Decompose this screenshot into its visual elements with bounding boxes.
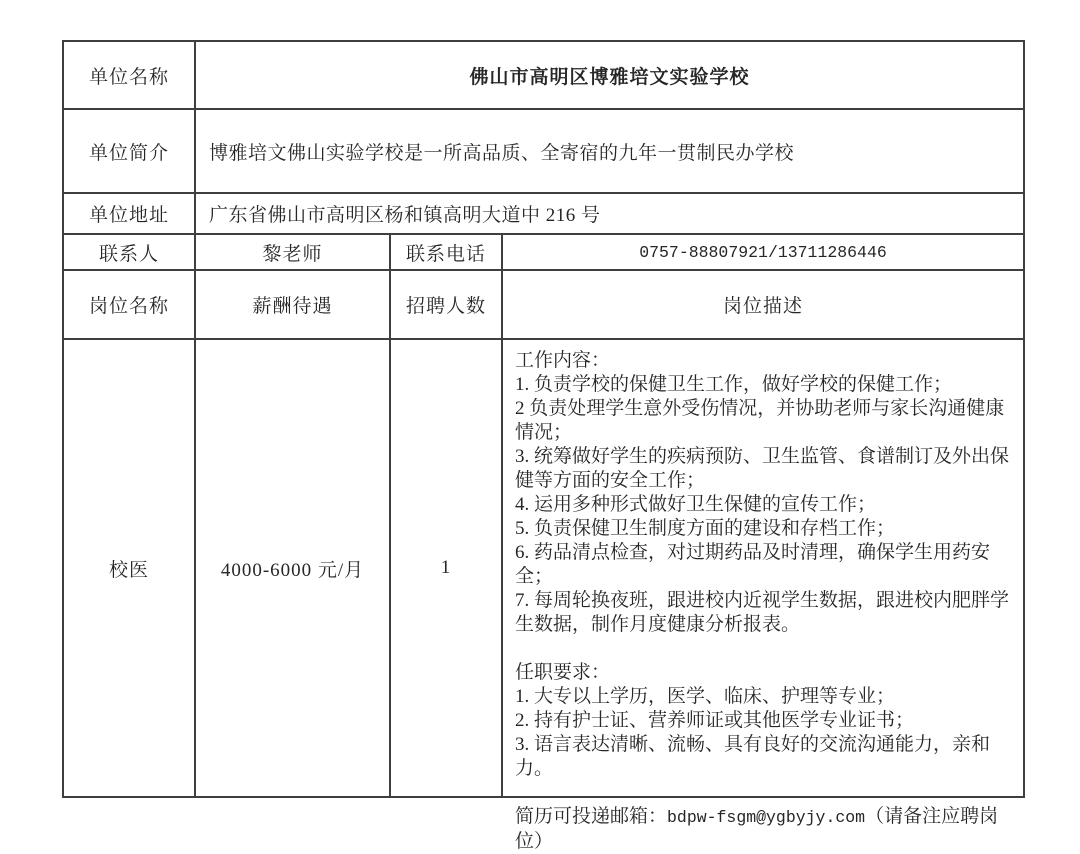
header-headcount: 招聘人数 bbox=[391, 271, 501, 338]
job-headcount: 1 bbox=[391, 340, 501, 796]
job-salary: 4000-6000 元/月 bbox=[196, 340, 389, 796]
work-item: 7. 每周轮换夜班，跟进校内近视学生数据，跟进校内肥胖学生数据，制作月度健康分析… bbox=[515, 589, 1011, 637]
requirement-item: 1. 大专以上学历，医学、临床、护理等专业； bbox=[515, 685, 1011, 709]
requirement-item: 2. 持有护士证、营养师证或其他医学专业证书； bbox=[515, 709, 1011, 733]
blank-line bbox=[515, 781, 1011, 805]
header-description: 岗位描述 bbox=[503, 271, 1023, 338]
work-item: 6. 药品清点检查，对过期药品及时清理，确保学生用药安全； bbox=[515, 541, 1011, 589]
work-item: 3. 统筹做好学生的疾病预防、卫生监管、食谱制订及外出保健等方面的安全工作； bbox=[515, 445, 1011, 493]
contact-value: 黎老师 bbox=[196, 235, 389, 269]
unit-name-label: 单位名称 bbox=[64, 42, 194, 108]
unit-address-value: 广东省佛山市高明区杨和镇高明大道中 216 号 bbox=[196, 194, 1023, 233]
unit-intro-label: 单位简介 bbox=[64, 110, 194, 192]
work-item: 1. 负责学校的保健卫生工作，做好学校的保健工作； bbox=[515, 373, 1011, 397]
header-position: 岗位名称 bbox=[64, 271, 194, 338]
requirements-title: 任职要求： bbox=[515, 661, 1011, 685]
email-note-prefix: 简历可投递邮箱： bbox=[515, 806, 667, 827]
unit-name-value: 佛山市高明区博雅培文实验学校 bbox=[196, 42, 1023, 108]
work-title: 工作内容： bbox=[515, 349, 1011, 373]
job-description: 工作内容： 1. 负责学校的保健卫生工作，做好学校的保健工作； 2 负责处理学生… bbox=[503, 340, 1023, 796]
job-position: 校医 bbox=[64, 340, 194, 796]
email-address: bdpw-fsgm@ygbyjy.com bbox=[667, 808, 865, 827]
header-salary: 薪酬待遇 bbox=[196, 271, 389, 338]
contact-phone-value: 0757-88807921/13711286446 bbox=[503, 235, 1023, 269]
email-note: 简历可投递邮箱：bdpw-fsgm@ygbyjy.com（请备注应聘岗位） bbox=[515, 805, 1011, 837]
work-item: 5. 负责保健卫生制度方面的建设和存档工作； bbox=[515, 517, 1011, 541]
contact-phone-label: 联系电话 bbox=[391, 235, 501, 269]
requirement-item: 3. 语言表达清晰、流畅、具有良好的交流沟通能力，亲和力。 bbox=[515, 733, 1011, 781]
contact-label: 联系人 bbox=[64, 235, 194, 269]
blank-line bbox=[515, 637, 1011, 661]
work-item: 2 负责处理学生意外受伤情况，并协助老师与家长沟通健康情况； bbox=[515, 397, 1011, 445]
unit-address-label: 单位地址 bbox=[64, 194, 194, 233]
work-item: 4. 运用多种形式做好卫生保健的宣传工作； bbox=[515, 493, 1011, 517]
recruitment-table: 单位名称 佛山市高明区博雅培文实验学校 单位简介 博雅培文佛山实验学校是一所高品… bbox=[62, 40, 1025, 798]
unit-intro-value: 博雅培文佛山实验学校是一所高品质、全寄宿的九年一贯制民办学校 bbox=[196, 110, 1023, 192]
